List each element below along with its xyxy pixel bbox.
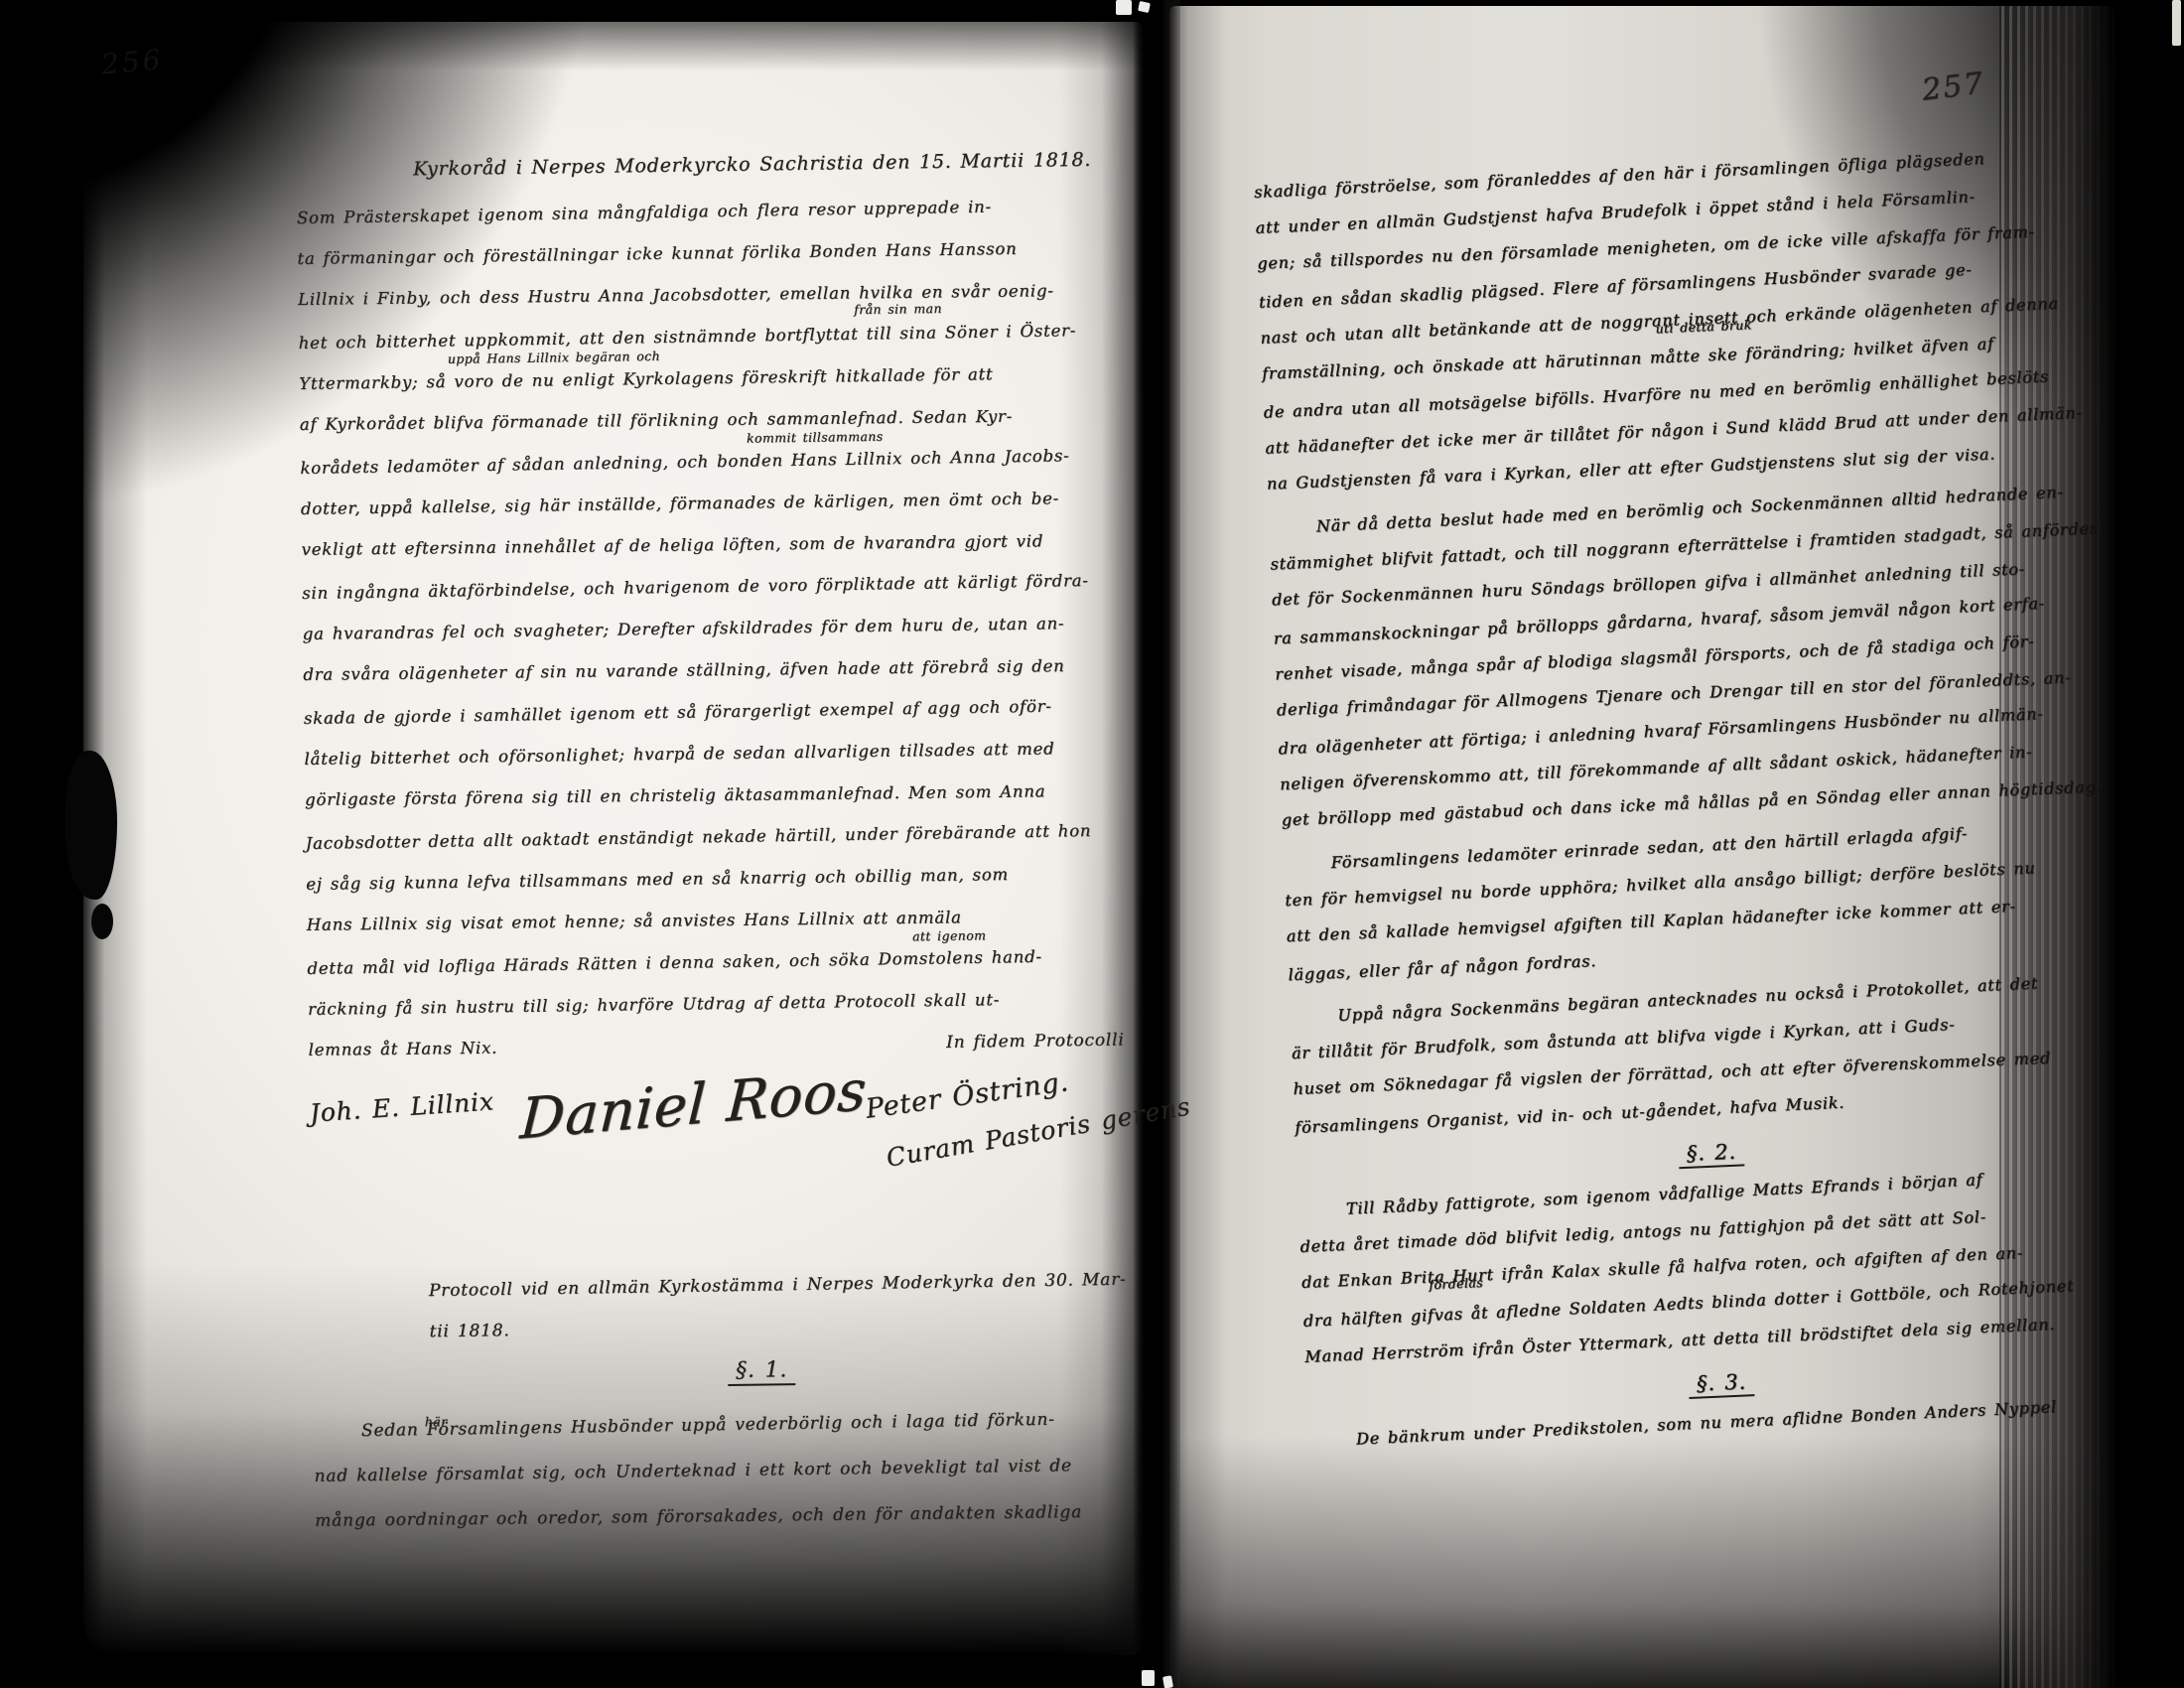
ink-blot [66, 751, 117, 900]
interline-insertion: uppå Hans Lillnix begäran och [448, 349, 660, 366]
manuscript-line: lemnas åt Hans Nix. [308, 1020, 1150, 1071]
right-page-content: skadliga förströelse, som föranleddes af… [1253, 131, 2138, 1459]
interline-insertion: att igenom [912, 927, 987, 943]
signature-daniel-roos: Daniel Roos [518, 1058, 869, 1153]
section-heading-3: §. 3. [1688, 1369, 1754, 1399]
binding-thread [1162, 1675, 1173, 1688]
protocol-subheading: Protocoll vid en allmän Kyrkostämma i Ne… [429, 1259, 1155, 1352]
paragraph: Till Rådby fattigrote, som igenom vådfal… [1297, 1156, 2134, 1375]
interline-insertion: fördelas [1429, 1275, 1483, 1292]
manuscript-line: många oordningar och oredor, som förorsa… [315, 1488, 1157, 1544]
paragraph: Församlingens ledamöter erinrade sedan, … [1283, 809, 2118, 992]
interline-insertion: kommit tillsammans [747, 429, 884, 446]
section-heading-1: §. 1. [728, 1357, 795, 1386]
interline-insertion: från sin man [854, 301, 942, 317]
binding-thread [1142, 1670, 1155, 1686]
signature-lillnix: Joh. E. Lillnix [308, 1070, 495, 1127]
paragraph: Uppå några Sockenmäns begäran antecknade… [1290, 962, 2125, 1145]
section-heading-2: §. 2. [1678, 1139, 1744, 1169]
signature-row: Joh. E. Lillnix Daniel Roos Peter Östrin… [309, 1066, 1153, 1237]
scanned-book-spread: 256 257 Kyrkoråd i Nerpes Moderkyrcko Sa… [0, 0, 2184, 1688]
page-number-left: 256 [100, 43, 165, 80]
paragraph: Som Prästerskapet igenom sina mångfaldig… [297, 185, 1151, 1072]
ink-blot [91, 904, 113, 939]
page-edge-highlight [2172, 0, 2181, 46]
binding-thread [1116, 0, 1132, 15]
interline-insertion: här [425, 1414, 448, 1429]
left-page-content: Kyrkoråd i Nerpes Moderkyrcko Sachristia… [296, 145, 1157, 1545]
binding-thread [1138, 1, 1151, 13]
paragraph: När då detta beslut hade med en berömlig… [1268, 473, 2112, 839]
signature-ostring: Peter Östring. Curam Pastoris gerens [864, 1047, 1193, 1169]
